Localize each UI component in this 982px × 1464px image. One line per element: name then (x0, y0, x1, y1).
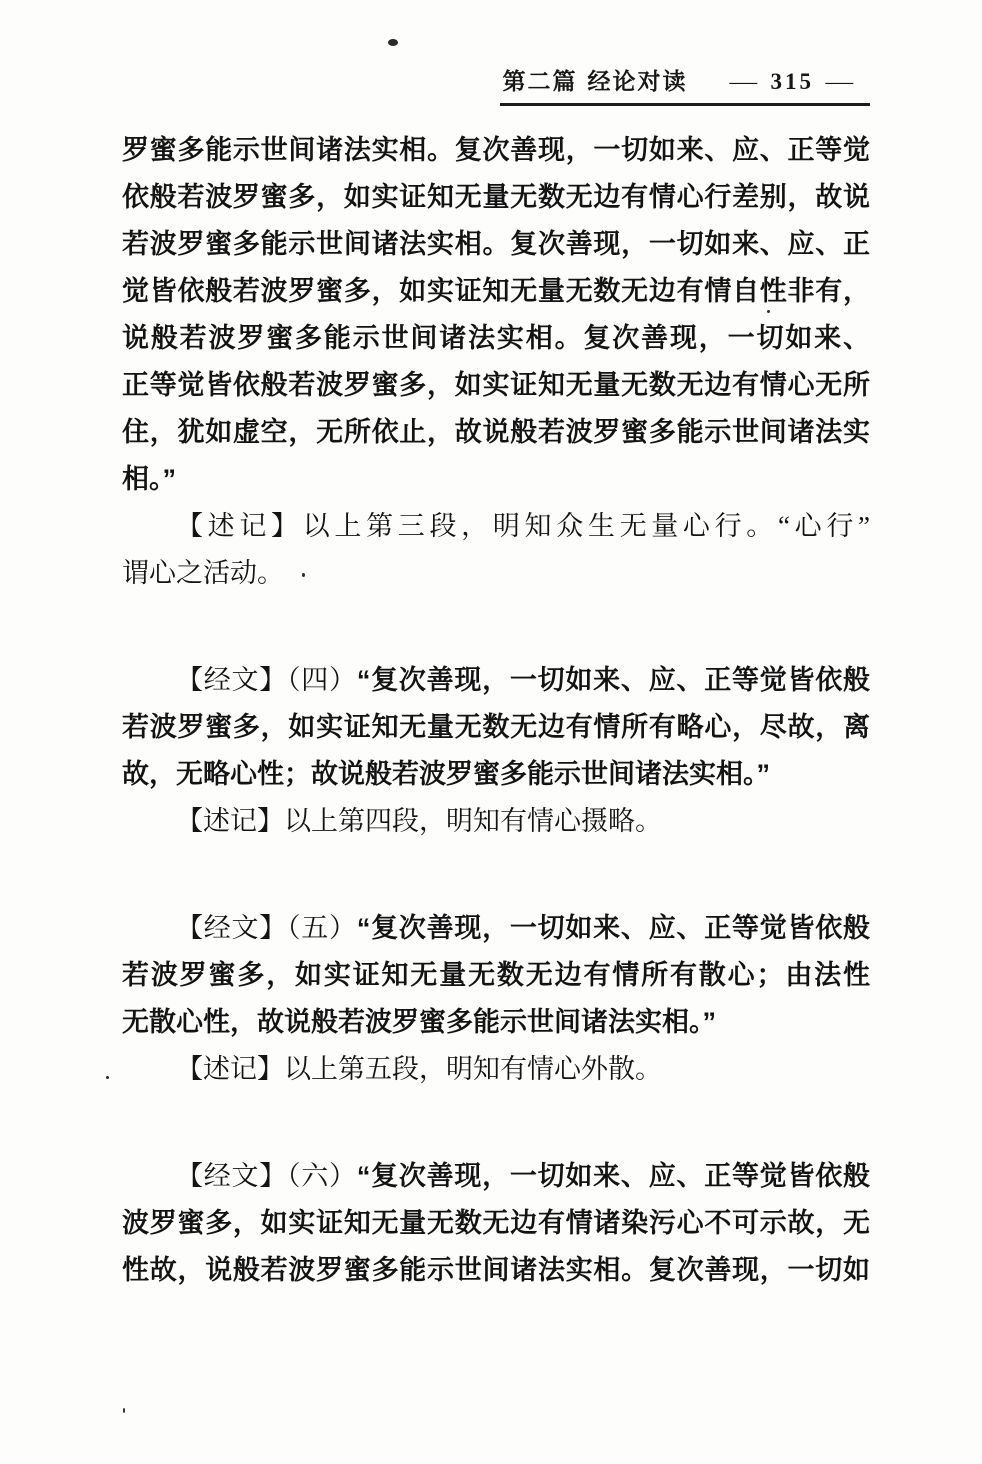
header-dash-left: — (729, 69, 759, 95)
text-line: 相。” (122, 456, 870, 503)
text-segment-hei: 说般若波罗蜜多能示世间诸法实相。复次善现，一切如来、应、 (122, 323, 870, 362)
text-line: 罗蜜多能示世间诸法实相。复次善现，一切如来、应、正等觉皆 (122, 127, 870, 174)
text-line: 若波罗蜜多能示世间诸法实相。复次善现，一切如来、应、正等 (122, 221, 870, 268)
header-dash-right: — (826, 69, 856, 95)
header-chapter-title: 经论对读 (588, 63, 688, 96)
text-line: 性故，说般若波罗蜜多能示世间诸法实相。复次善现，一切如来、 (122, 1247, 870, 1294)
text-segment-hei: 觉皆依般若波罗蜜多，如实证知无量无数无边有情自性非有，故 (122, 276, 870, 315)
ink-speck (767, 310, 770, 313)
text-line: 【经文】（四）“复次善现，一切如来、应、正等觉皆依般 (122, 657, 870, 704)
text-segment-song: 【述记】以上第四段，明知有情心摄略。 (176, 806, 662, 836)
page-number: 315 (771, 69, 815, 95)
shuji-section-4: 【述记】以上第四段，明知有情心摄略。 (122, 798, 870, 845)
text-line: 【述记】以上第三段，明知众生无量心行。“心行” (122, 503, 870, 550)
text-line: 谓心之活动。 (122, 550, 870, 597)
text-segment-hei: “复次善现，一切如来、应、正等觉皆依般 (357, 665, 870, 695)
text-line: 住，犹如虚空，无所依止，故说般若波罗蜜多能示世间诸法实 (122, 409, 870, 456)
text-line: 【述记】以上第四段，明知有情心摄略。 (122, 798, 870, 845)
text-line: 觉皆依般若波罗蜜多，如实证知无量无数无边有情自性非有，故 (122, 268, 870, 315)
text-segment-hei: “复次善现，一切如来、应、正等觉皆依般 (357, 913, 870, 943)
text-segment-hei: 若波罗蜜多能示世间诸法实相。复次善现，一切如来、应、正等 (122, 229, 870, 268)
text-line: 依般若波罗蜜多，如实证知无量无数无边有情心行差别，故说般 (122, 174, 870, 221)
jingwen-section-4: 【经文】（四）“复次善现，一切如来、应、正等觉皆依般若波罗蜜多，如实证知无量无数… (122, 657, 870, 798)
running-header: 第二篇 经论对读 — 315 — (500, 63, 871, 106)
text-line: 故，无略心性；故说般若波罗蜜多能示世间诸法实相。” (122, 751, 870, 798)
jingwen-quote-continuation: 罗蜜多能示世间诸法实相。复次善现，一切如来、应、正等觉皆依般若波罗蜜多，如实证知… (122, 127, 870, 503)
text-segment-hei: 性故，说般若波罗蜜多能示世间诸法实相。复次善现，一切如来、 (122, 1255, 870, 1294)
text-segment-hei: 依般若波罗蜜多，如实证知无量无数无边有情心行差别，故说般 (122, 182, 870, 221)
text-segment-hei: 波罗蜜多，如实证知无量无数无边有情诸染污心不可示故，无染心 (122, 1208, 870, 1247)
text-line: 【述记】以上第五段，明知有情心外散。 (122, 1046, 870, 1093)
book-page: 第二篇 经论对读 — 315 — 罗蜜多能示世间诸法实相。复次善现，一切如来、应… (0, 0, 982, 1464)
text-segment-hei: 故，无略心性；故说般若波罗蜜多能示世间诸法实相。” (122, 759, 770, 789)
text-segment-song: 【经文】（六） (176, 1161, 357, 1191)
text-line: 波罗蜜多，如实证知无量无数无边有情诸染污心不可示故，无染心 (122, 1200, 870, 1247)
text-segment-hei: 若波罗蜜多，如实证知无量无数无边有情所有散心；由法性故， (122, 960, 870, 999)
page-body: 罗蜜多能示世间诸法实相。复次善现，一切如来、应、正等觉皆依般若波罗蜜多，如实证知… (122, 127, 870, 1294)
text-line: 若波罗蜜多，如实证知无量无数无边有情所有略心，尽故，离 (122, 704, 870, 751)
shuji-section-5: 【述记】以上第五段，明知有情心外散。 (122, 1046, 870, 1093)
text-segment-song: 【经文】（四） (176, 665, 357, 695)
text-line: 正等觉皆依般若波罗蜜多，如实证知无量无数无边有情心无所 (122, 362, 870, 409)
shuji-section-3: 【述记】以上第三段，明知众生无量心行。“心行”谓心之活动。 (122, 503, 870, 597)
text-line: 无散心性，故说般若波罗蜜多能示世间诸法实相。” (122, 999, 870, 1046)
text-segment-hei: 正等觉皆依般若波罗蜜多，如实证知无量无数无边有情心无所 (122, 370, 870, 400)
text-segment-song: 谓心之活动。 (122, 558, 284, 588)
ink-speck (106, 1076, 109, 1079)
text-segment-hei: 相。” (122, 464, 176, 494)
ink-speck (302, 573, 305, 577)
text-segment-hei: 若波罗蜜多，如实证知无量无数无边有情所有略心，尽故，离 (122, 712, 870, 742)
text-line: 【经文】（六）“复次善现，一切如来、应、正等觉皆依般若 (122, 1153, 870, 1200)
ink-speck (388, 39, 398, 46)
text-segment-song: 【述记】以上第五段，明知有情心外散。 (176, 1054, 662, 1084)
header-section-label: 第二篇 (503, 63, 578, 96)
text-segment-hei: 无散心性，故说般若波罗蜜多能示世间诸法实相。” (122, 1007, 716, 1037)
text-line: 说般若波罗蜜多能示世间诸法实相。复次善现，一切如来、应、 (122, 315, 870, 362)
text-line: 【经文】（五）“复次善现，一切如来、应、正等觉皆依般 (122, 905, 870, 952)
text-segment-hei: 住，犹如虚空，无所依止，故说般若波罗蜜多能示世间诸法实 (122, 417, 870, 447)
text-line: 若波罗蜜多，如实证知无量无数无边有情所有散心；由法性故， (122, 952, 870, 999)
jingwen-section-5: 【经文】（五）“复次善现，一切如来、应、正等觉皆依般若波罗蜜多，如实证知无量无数… (122, 905, 870, 1046)
jingwen-section-6: 【经文】（六）“复次善现，一切如来、应、正等觉皆依般若波罗蜜多，如实证知无量无数… (122, 1153, 870, 1294)
ink-speck (123, 1408, 125, 1413)
text-segment-hei: 罗蜜多能示世间诸法实相。复次善现，一切如来、应、正等觉皆 (122, 135, 870, 174)
text-segment-song: 【述记】以上第三段，明知众生无量心行。“心行” (176, 511, 870, 541)
text-segment-song: 【经文】（五） (176, 913, 357, 943)
